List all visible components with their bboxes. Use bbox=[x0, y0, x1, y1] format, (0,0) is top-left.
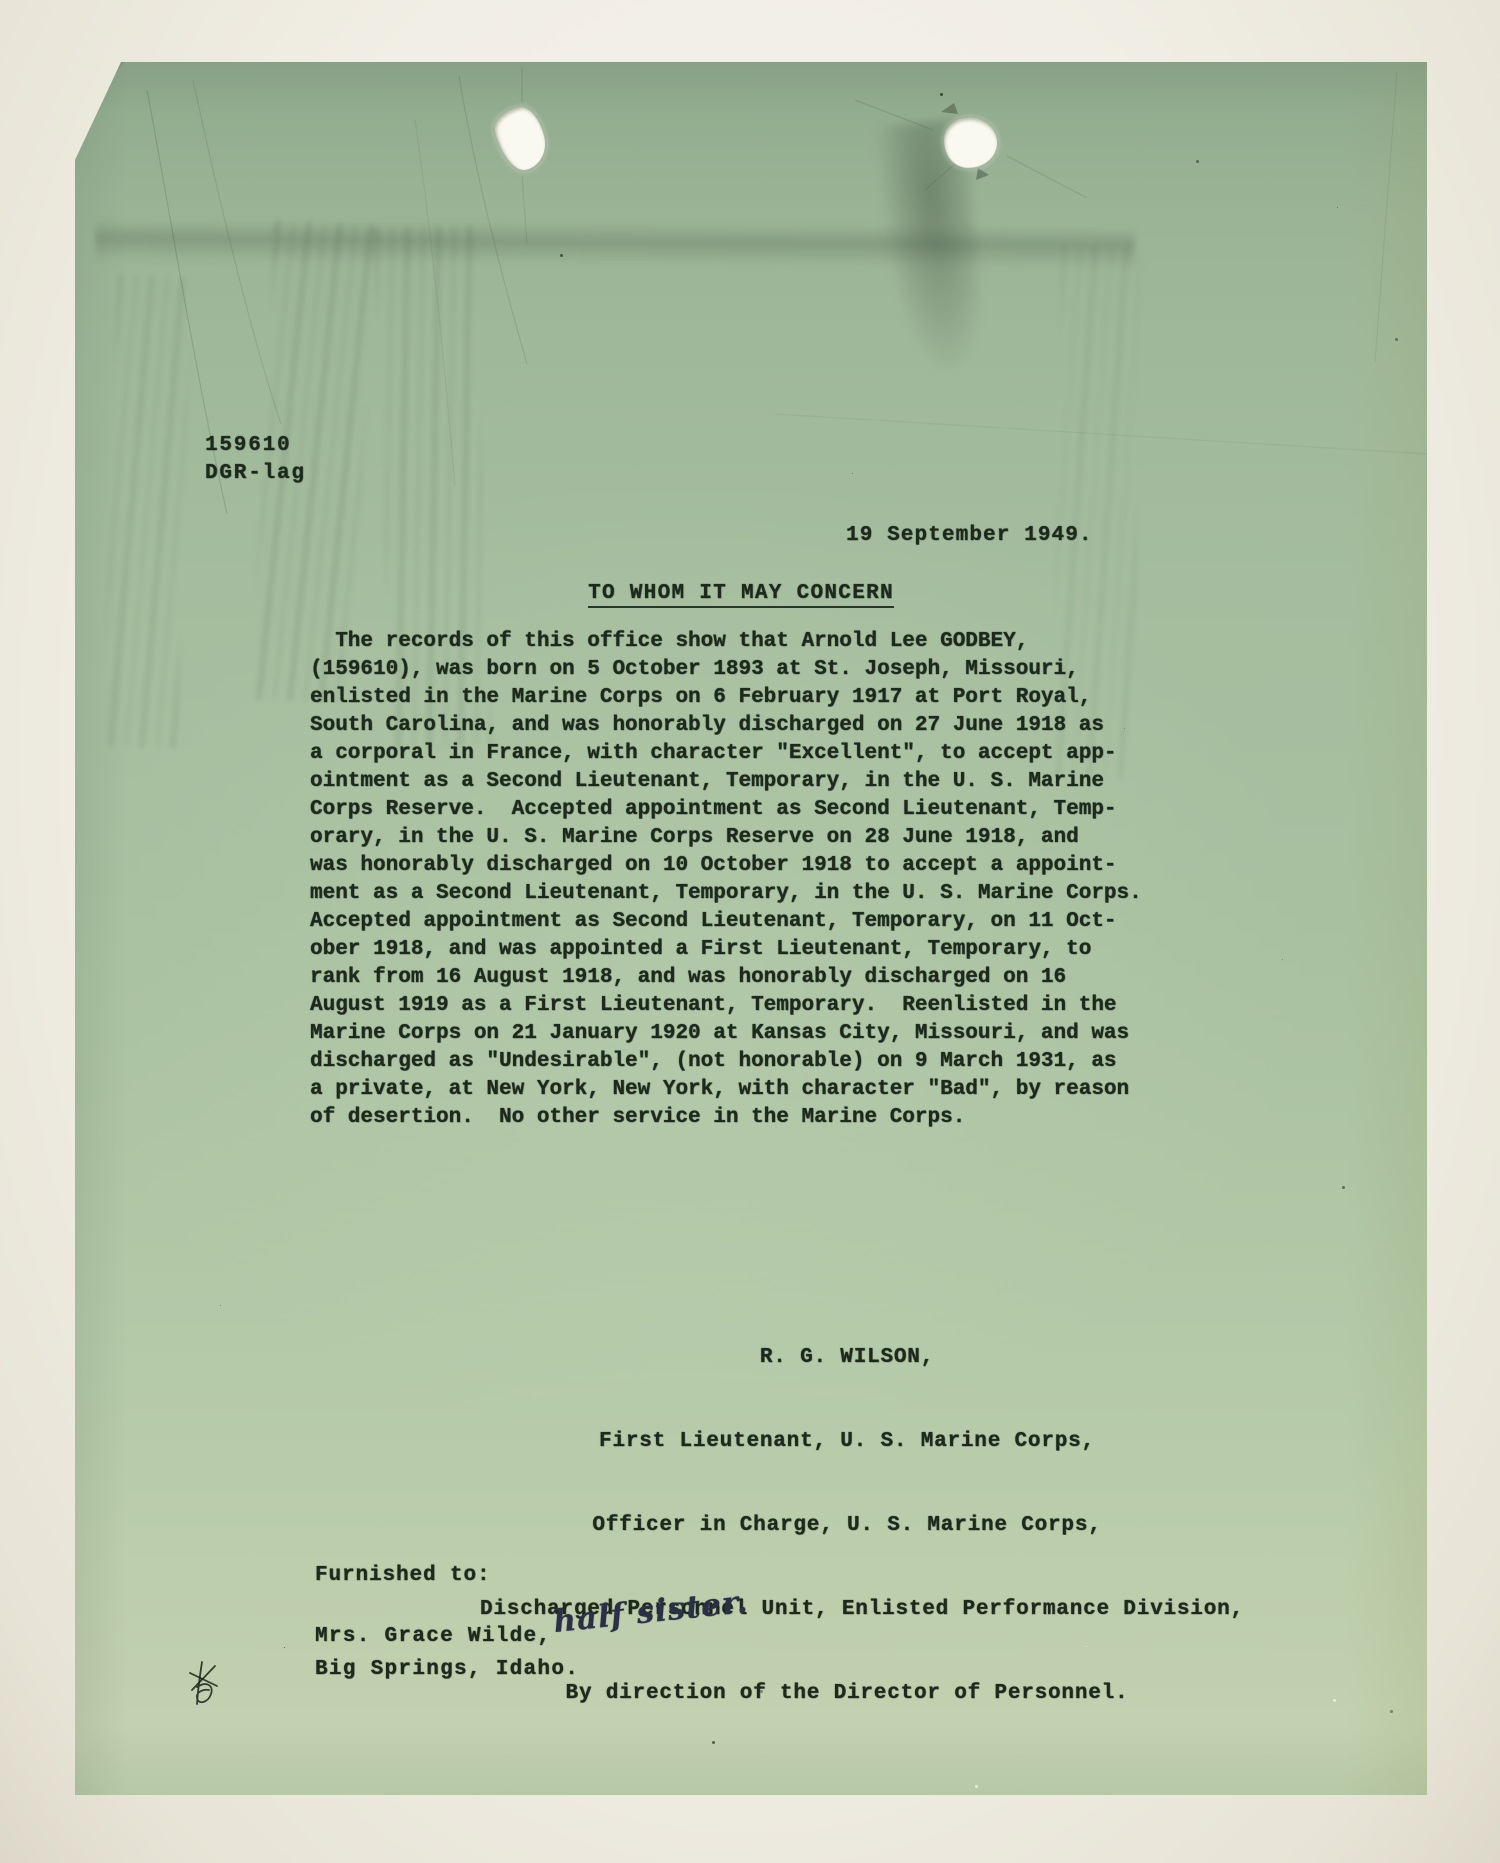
scan-background: 159610DGR-lag 19 September 1949. TO WHOM… bbox=[0, 0, 1500, 1863]
signatory-authority: By direction of the Director of Personne… bbox=[480, 1680, 1214, 1708]
document-title-text: TO WHOM IT MAY CONCERN bbox=[588, 582, 894, 608]
signatory-title: Officer in Charge, U. S. Marine Corps, bbox=[480, 1512, 1214, 1540]
furnished-to-label: Furnished to: bbox=[315, 1562, 491, 1590]
date-line: 19 September 1949. bbox=[846, 522, 1093, 550]
document-page: 159610DGR-lag 19 September 1949. TO WHOM… bbox=[75, 62, 1427, 1795]
document-title: TO WHOM IT MAY CONCERN bbox=[583, 580, 899, 608]
smudge-band bbox=[95, 218, 1135, 269]
recipient-city: Big Springs, Idaho. bbox=[315, 1653, 579, 1686]
reference-code: DGR-lag bbox=[205, 460, 306, 488]
body-paragraph: The records of this office show that Arn… bbox=[310, 628, 1142, 1132]
recipient-address: Mrs. Grace Wilde,Big Springs, Idaho. bbox=[315, 1620, 579, 1686]
signatory-name: R. G. WILSON, bbox=[480, 1344, 1214, 1372]
punch-hole-right bbox=[942, 115, 1000, 170]
reference-block: 159610DGR-lag bbox=[205, 432, 306, 488]
signature-block: R. G. WILSON, First Lieutenant, U. S. Ma… bbox=[480, 1288, 1214, 1764]
handwritten-scribble bbox=[185, 1657, 227, 1715]
signatory-rank: First Lieutenant, U. S. Marine Corps, bbox=[480, 1428, 1214, 1456]
punch-hole-left bbox=[491, 103, 551, 174]
reference-number: 159610 bbox=[205, 432, 306, 460]
clipped-corner bbox=[75, 62, 145, 182]
paper-specks bbox=[75, 62, 78, 65]
recipient-name: Mrs. Grace Wilde, bbox=[315, 1620, 579, 1653]
smudge-streaks-left bbox=[102, 276, 193, 748]
